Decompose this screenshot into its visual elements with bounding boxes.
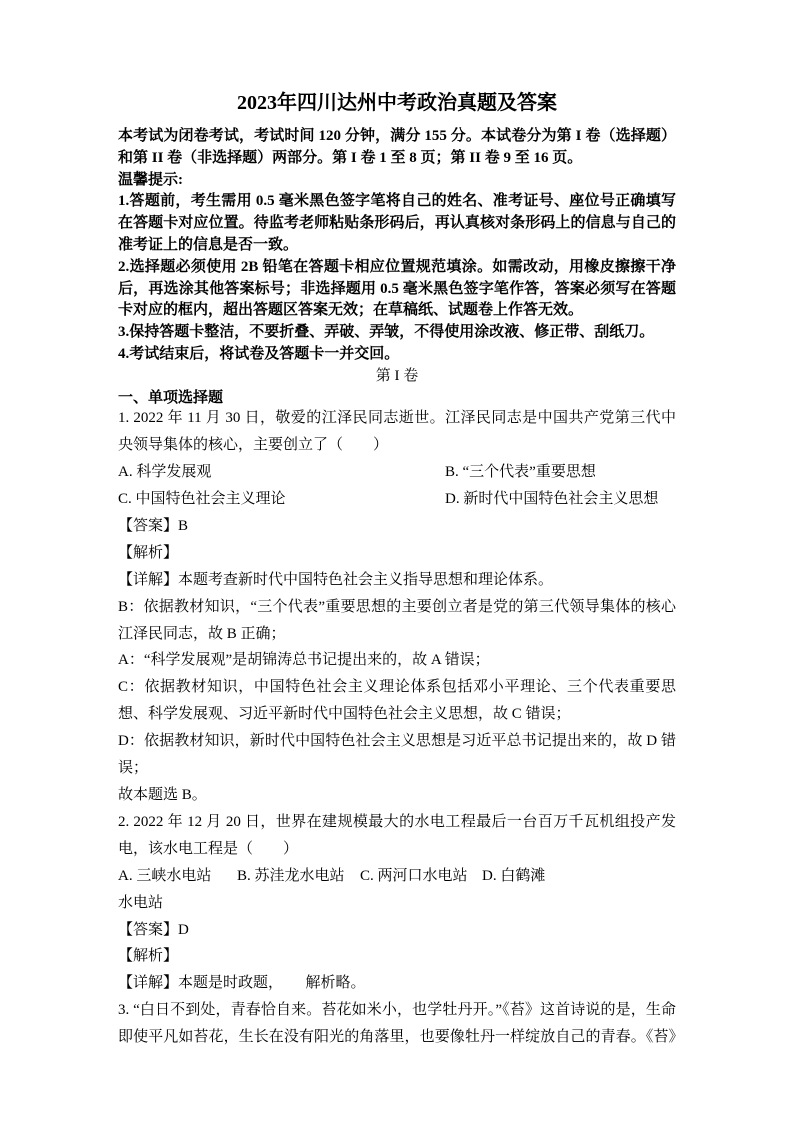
notice-item-4: 4.考试结束后，将试卷及答题卡一并交回。 xyxy=(118,344,676,366)
q1-detail-line: 【详解】本题考查新时代中国特色社会主义指导思想和理论体系。 xyxy=(118,567,676,594)
q1-option-a: A. 科学发展观 xyxy=(118,459,211,486)
page-title: 2023年四川达州中考政治真题及答案 xyxy=(118,0,676,116)
q1-option-c: C. 中国特色社会主义理论 xyxy=(118,486,286,513)
questions-block: 1. 2022 年 11 月 30 日，敬爱的江泽民同志逝世。江泽民同志是中国共… xyxy=(118,405,676,1051)
q2-answer-line: 【答案】D xyxy=(118,917,676,944)
q1-point-a: A：“科学发展观”是胡锦涛总书记提出来的，故 A 错误； xyxy=(118,647,676,674)
q2-option-d: D. 白鹤滩 xyxy=(482,863,545,890)
document-content: 2023年四川达州中考政治真题及答案 本考试为闭卷考试，考试时间 120 分钟，… xyxy=(118,0,676,1051)
q2-option-a: A. 三峡水电站 xyxy=(118,863,211,890)
notice-heading: 温馨提示: xyxy=(118,170,676,192)
q2-option-b: B. 苏洼龙水电站 xyxy=(237,863,345,890)
part-title: 第 I 卷 xyxy=(118,366,676,388)
q2-option-row: A. 三峡水电站 B. 苏洼龙水电站 C. 两河口水电站 D. 白鹤滩 xyxy=(118,863,676,890)
q2-detail-line: 【详解】本题是时政题， 解析略。 xyxy=(118,970,676,997)
q1-stem: 1. 2022 年 11 月 30 日，敬爱的江泽民同志逝世。江泽民同志是中国共… xyxy=(118,405,676,459)
q1-point-c: C：依据教材知识，中国特色社会主义理论体系包括邓小平理论、三个代表重要思想、科学… xyxy=(118,674,676,728)
notice-item-2: 2.选择题必须使用 2B 铅笔在答题卡相应位置规范填涂。如需改动，用橡皮擦擦干净… xyxy=(118,257,676,322)
exam-document-page: 2023年四川达州中考政治真题及答案 本考试为闭卷考试，考试时间 120 分钟，… xyxy=(0,0,794,1123)
q1-option-d: D. 新时代中国特色社会主义思想 xyxy=(445,486,658,513)
q1-answer-line: 【答案】B xyxy=(118,513,676,540)
notice-item-1: 1.答题前，考生需用 0.5 毫米黑色签字笔将自己的姓名、准考证号、座位号正确填… xyxy=(118,191,676,256)
q1-conclusion: 故本题选 B。 xyxy=(118,782,676,809)
q1-analysis-line: 【解析】 xyxy=(118,540,676,567)
q2-analysis-line: 【解析】 xyxy=(118,943,676,970)
notice-item-3: 3.保持答题卡整洁，不要折叠、弄破、弄皱，不得使用涂改液、修正带、刮纸刀。 xyxy=(118,322,676,344)
q1-point-b: B：依据教材知识，“三个代表”重要思想的主要创立者是党的第三代领导集体的核心江泽… xyxy=(118,594,676,648)
q2-option-c: C. 两河口水电站 xyxy=(360,863,468,890)
q1-point-d: D：依据教材知识，新时代中国特色社会主义思想是习近平总书记提出来的，故 D 错误… xyxy=(118,728,676,782)
q2-option-d-wrap: 水电站 xyxy=(118,890,676,917)
q2-stem: 2. 2022 年 12 月 20 日，世界在建规模最大的水电工程最后一台百万千… xyxy=(118,809,676,863)
q3-stem: 3. “白日不到处，青春恰自来。苔花如米小，也学牡丹开。”《苔》这首诗说的是，生… xyxy=(118,997,676,1051)
exam-header-block: 本考试为闭卷考试，考试时间 120 分钟，满分 155 分。本试卷分为第 I 卷… xyxy=(118,126,676,409)
exam-intro: 本考试为闭卷考试，考试时间 120 分钟，满分 155 分。本试卷分为第 I 卷… xyxy=(118,126,676,170)
q1-option-row-2: C. 中国特色社会主义理论 D. 新时代中国特色社会主义思想 xyxy=(118,486,676,513)
q1-option-row-1: A. 科学发展观 B. “三个代表”重要思想 xyxy=(118,459,676,486)
q1-option-b: B. “三个代表”重要思想 xyxy=(445,459,596,486)
